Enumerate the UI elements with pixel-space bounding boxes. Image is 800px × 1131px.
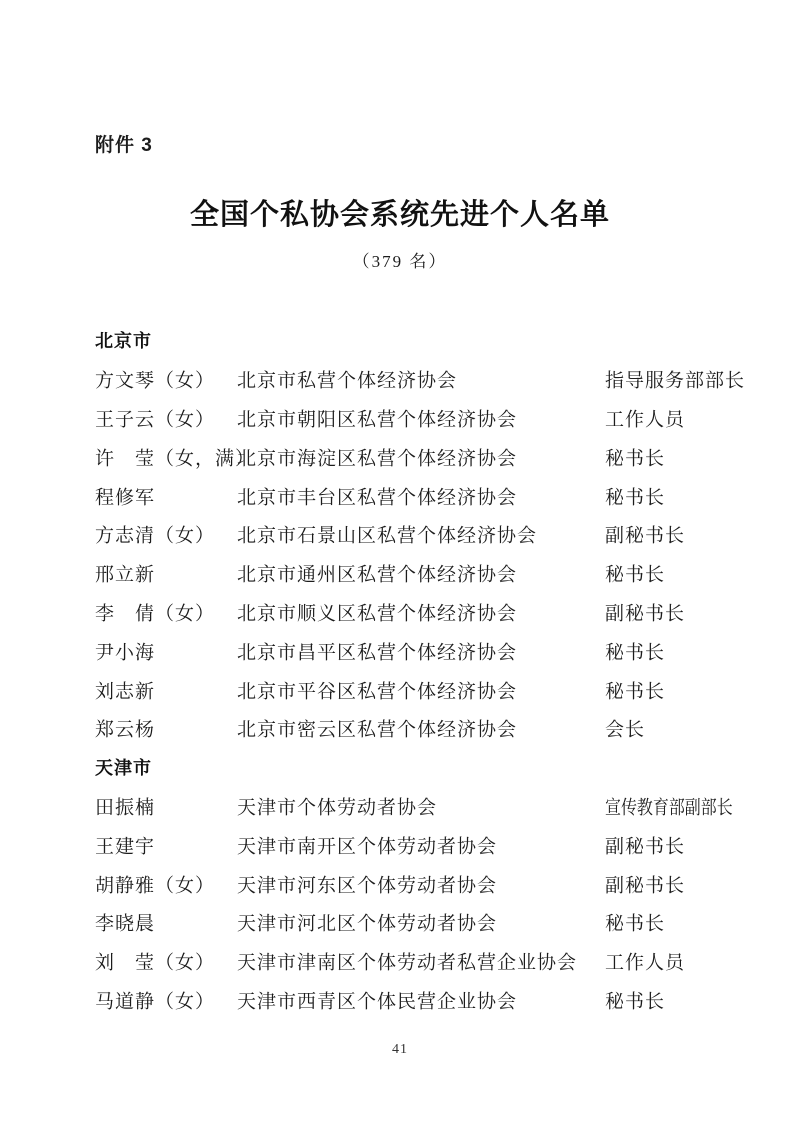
table-row: 胡静雅（女）天津市河东区个体劳动者协会副秘书长 <box>95 864 755 903</box>
organization: 北京市朝阳区私营个体经济协会 <box>237 404 517 431</box>
person-name: 刘志新 <box>95 676 155 703</box>
position-title: 秘书长 <box>605 560 665 587</box>
organization: 北京市通州区私营个体经济协会 <box>237 560 517 587</box>
position-title: 副秘书长 <box>605 870 685 897</box>
person-name: 邢立新 <box>95 560 155 587</box>
person-name: 王子云（女） <box>95 404 215 431</box>
table-row: 田振楠天津市个体劳动者协会宣传教育部副部长 <box>95 787 755 826</box>
table-row: 王子云（女）北京市朝阳区私营个体经济协会工作人员 <box>95 399 755 438</box>
person-name: 王建宇 <box>95 831 155 858</box>
section-heading: 天津市 <box>95 748 755 787</box>
organization: 天津市河北区个体劳动者协会 <box>237 909 497 936</box>
position-title: 秘书长 <box>605 482 665 509</box>
person-name: 方志清（女） <box>95 521 215 548</box>
organization: 北京市私营个体经济协会 <box>237 366 457 393</box>
award-list: 北京市方文琴（女）北京市私营个体经济协会指导服务部部长王子云（女）北京市朝阳区私… <box>95 321 755 1019</box>
table-row: 李晓晨天津市河北区个体劳动者协会秘书长 <box>95 903 755 942</box>
organization: 天津市南开区个体劳动者协会 <box>237 831 497 858</box>
table-row: 尹小海北京市昌平区私营个体经济协会秘书长 <box>95 631 755 670</box>
table-row: 邢立新北京市通州区私营个体经济协会秘书长 <box>95 554 755 593</box>
document-page: 附件 3 全国个私协会系统先进个人名单 （379 名） 北京市方文琴（女）北京市… <box>0 0 800 1131</box>
person-name: 胡静雅（女） <box>95 870 215 897</box>
position-title: 秘书长 <box>605 676 665 703</box>
position-title: 秘书长 <box>605 637 665 664</box>
section-heading: 北京市 <box>95 321 755 360</box>
position-title: 副秘书长 <box>605 831 685 858</box>
person-name: 田振楠 <box>95 792 155 819</box>
organization: 北京市丰台区私营个体经济协会 <box>237 482 517 509</box>
organization: 天津市津南区个体劳动者私营企业协会 <box>237 948 577 975</box>
person-name: 李 倩（女） <box>95 598 215 625</box>
attachment-label: 附件 3 <box>95 130 153 157</box>
position-title: 秘书长 <box>605 443 665 470</box>
organization: 北京市石景山区私营个体经济协会 <box>237 521 537 548</box>
table-row: 方志清（女）北京市石景山区私营个体经济协会副秘书长 <box>95 515 755 554</box>
position-title: 宣传教育部副部长 <box>605 792 733 819</box>
position-title: 指导服务部部长 <box>605 366 745 393</box>
position-title: 副秘书长 <box>605 521 685 548</box>
page-number: 41 <box>0 1042 800 1058</box>
position-title: 工作人员 <box>605 404 685 431</box>
position-title: 会长 <box>605 715 645 742</box>
person-name: 马道静（女） <box>95 986 215 1013</box>
person-name: 方文琴（女） <box>95 366 215 393</box>
person-name: 许 莹（女，满） <box>95 443 255 470</box>
person-name: 郑云杨 <box>95 715 155 742</box>
organization: 北京市昌平区私营个体经济协会 <box>237 637 517 664</box>
person-name: 刘 莹（女） <box>95 948 215 975</box>
table-row: 程修军北京市丰台区私营个体经济协会秘书长 <box>95 476 755 515</box>
table-row: 李 倩（女）北京市顺义区私营个体经济协会副秘书长 <box>95 593 755 632</box>
table-row: 刘志新北京市平谷区私营个体经济协会秘书长 <box>95 670 755 709</box>
table-row: 王建宇天津市南开区个体劳动者协会副秘书长 <box>95 825 755 864</box>
person-name: 尹小海 <box>95 637 155 664</box>
subtitle-count: （379 名） <box>0 247 800 272</box>
organization: 北京市顺义区私营个体经济协会 <box>237 598 517 625</box>
position-title: 工作人员 <box>605 948 685 975</box>
table-row: 马道静（女）天津市西青区个体民营企业协会秘书长 <box>95 981 755 1020</box>
table-row: 许 莹（女，满）北京市海淀区私营个体经济协会秘书长 <box>95 437 755 476</box>
organization: 天津市河东区个体劳动者协会 <box>237 870 497 897</box>
position-title: 秘书长 <box>605 909 665 936</box>
person-name: 程修军 <box>95 482 155 509</box>
page-title: 全国个私协会系统先进个人名单 <box>0 192 800 233</box>
organization: 天津市个体劳动者协会 <box>237 792 437 819</box>
table-row: 方文琴（女）北京市私营个体经济协会指导服务部部长 <box>95 360 755 399</box>
organization: 北京市密云区私营个体经济协会 <box>237 715 517 742</box>
position-title: 秘书长 <box>605 986 665 1013</box>
organization: 北京市平谷区私营个体经济协会 <box>237 676 517 703</box>
organization: 北京市海淀区私营个体经济协会 <box>237 443 517 470</box>
position-title: 副秘书长 <box>605 598 685 625</box>
table-row: 刘 莹（女）天津市津南区个体劳动者私营企业协会工作人员 <box>95 942 755 981</box>
person-name: 李晓晨 <box>95 909 155 936</box>
table-row: 郑云杨北京市密云区私营个体经济协会会长 <box>95 709 755 748</box>
organization: 天津市西青区个体民营企业协会 <box>237 986 517 1013</box>
